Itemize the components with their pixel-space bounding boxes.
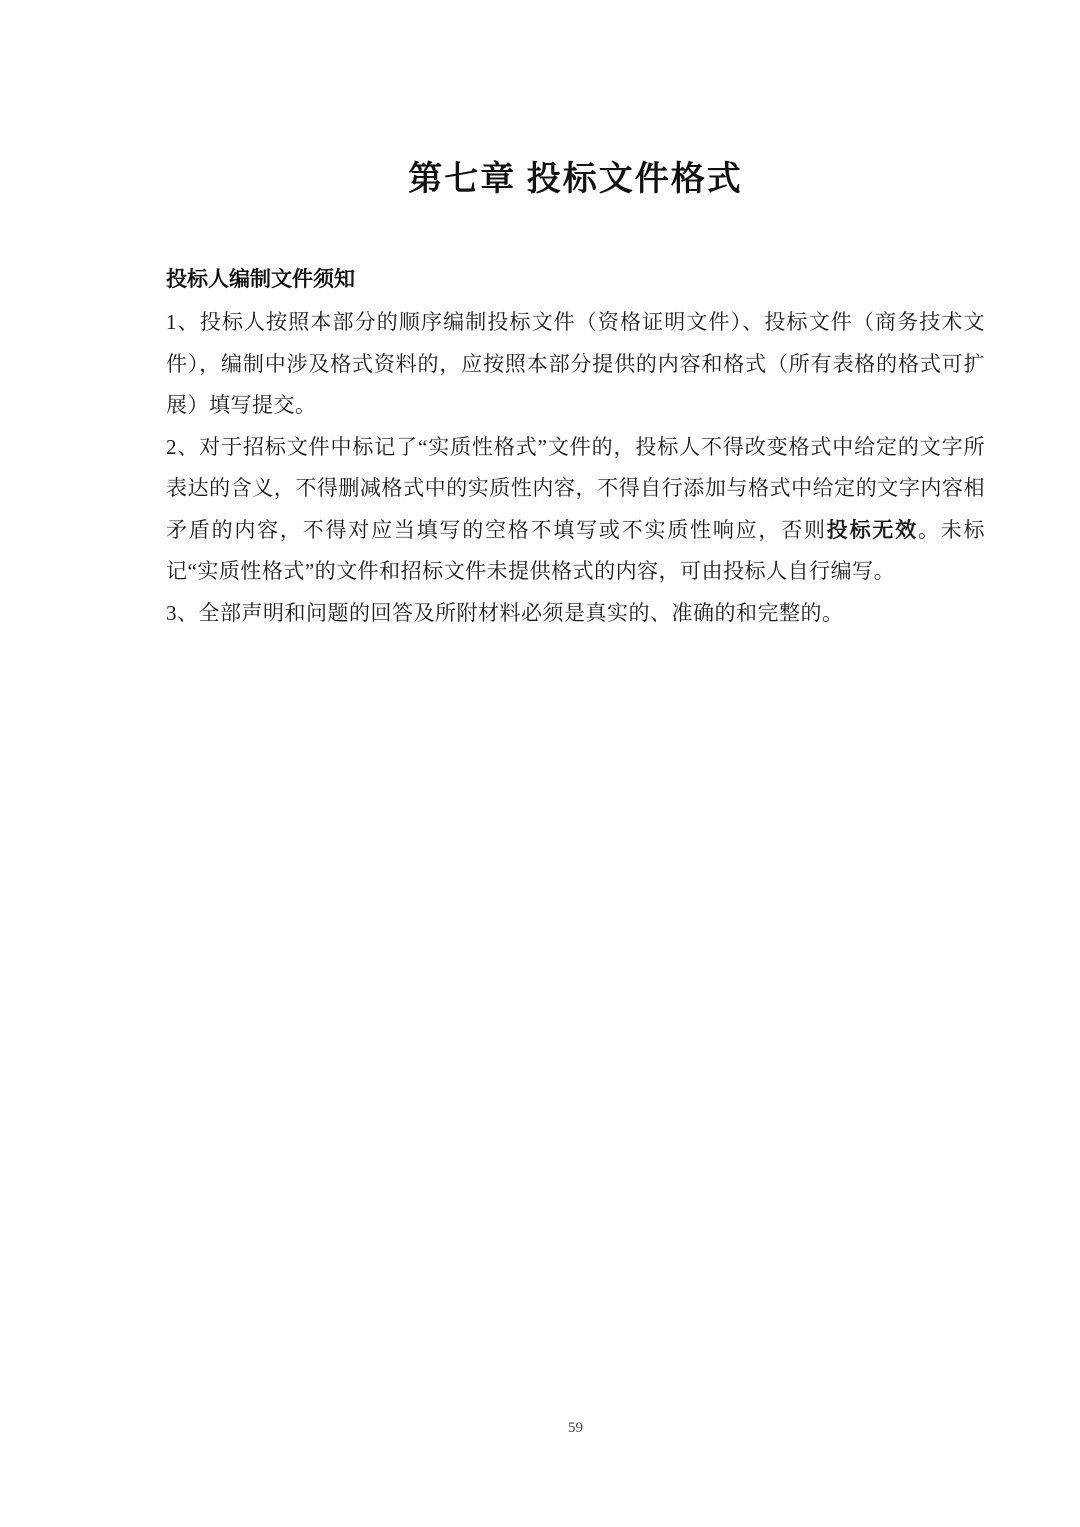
section-heading: 投标人编制文件须知 — [166, 264, 985, 294]
document-content: 第七章 投标文件格式 投标人编制文件须知 1、投标人按照本部分的顺序编制投标文件… — [0, 0, 1080, 634]
paragraph-2-bold-phrase: 投标无效 — [827, 518, 918, 542]
paragraph-1: 1、投标人按照本部分的顺序编制投标文件（资格证明文件）、投标文件（商务技术文件）… — [166, 302, 985, 427]
chapter-title: 第七章 投标文件格式 — [166, 158, 985, 202]
document-page: 第七章 投标文件格式 投标人编制文件须知 1、投标人按照本部分的顺序编制投标文件… — [0, 0, 1080, 1527]
paragraph-2: 2、对于招标文件中标记了“实质性格式”文件的，投标人不得改变格式中给定的文字所表… — [166, 427, 985, 593]
page-number: 59 — [166, 1420, 985, 1437]
paragraph-3: 3、全部声明和问题的回答及所附材料必须是真实的、准确的和完整的。 — [166, 593, 985, 635]
